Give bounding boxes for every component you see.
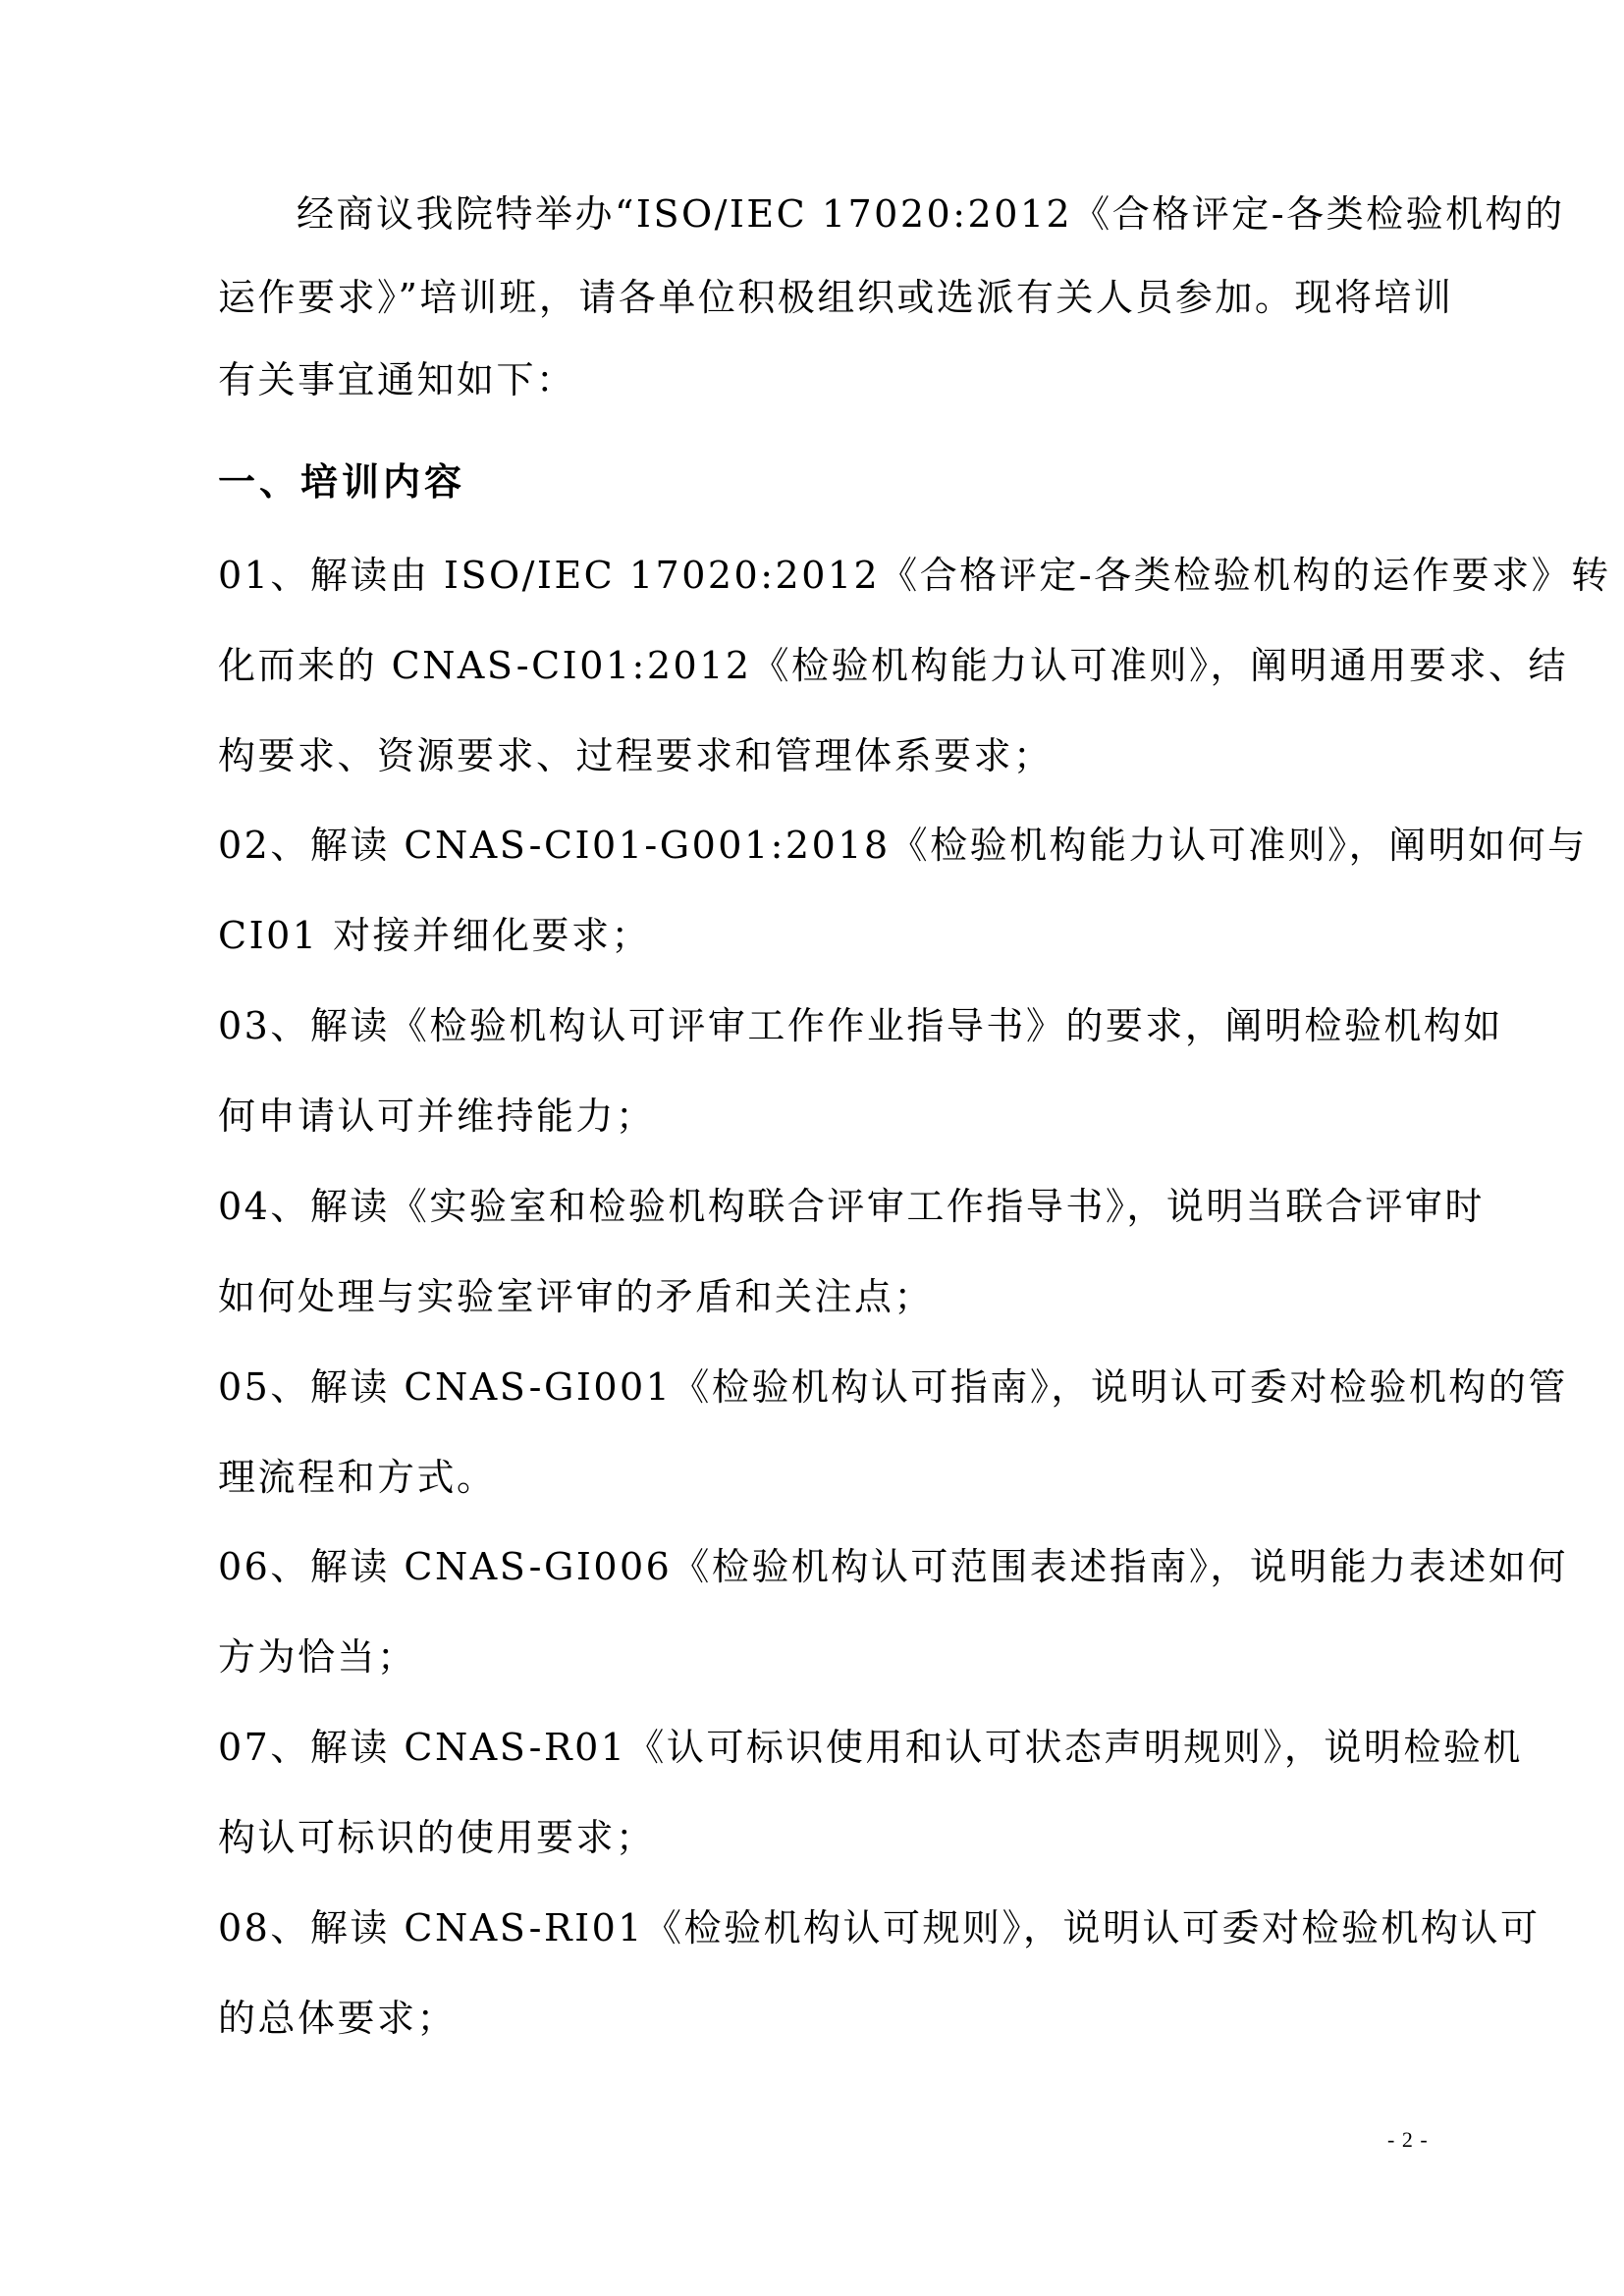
intro-line-2: 运作要求》”培训班，请各单位积极组织或选派有关人员参加。现将培训 — [218, 273, 1453, 322]
item-02-line-1: 02、解读 CNAS-CI01-G001:2018《检验机构能力认可准则》，阐明… — [218, 821, 1588, 870]
item-01-line-3: 构要求、资源要求、过程要求和管理体系要求； — [218, 731, 1054, 780]
item-04-line-1: 04、解读《实验室和检验机构联合评审工作指导书》，说明当联合评审时 — [218, 1182, 1485, 1231]
section-heading: 一、培训内容 — [218, 457, 465, 507]
item-07-line-1: 07、解读 CNAS-R01《认可标识使用和认可状态声明规则》，说明检验机 — [218, 1723, 1523, 1772]
item-06-line-1: 06、解读 CNAS-GI006《检验机构认可范围表述指南》，说明能力表述如何 — [218, 1542, 1568, 1591]
item-08-line-1: 08、解读 CNAS-RI01《检验机构认可规则》，说明认可委对检验机构认可 — [218, 1903, 1540, 1952]
item-05-line-2: 理流程和方式。 — [218, 1453, 497, 1502]
item-08-line-2: 的总体要求； — [218, 1994, 457, 2043]
item-01-line-1: 01、解读由 ISO/IEC 17020:2012《合格评定-各类检验机构的运作… — [218, 551, 1611, 600]
intro-line-3: 有关事宜通知如下： — [218, 355, 576, 404]
item-07-line-2: 构认可标识的使用要求； — [218, 1813, 656, 1862]
item-05-line-1: 05、解读 CNAS-GI001《检验机构认可指南》，说明认可委对检验机构的管 — [218, 1362, 1568, 1412]
intro-line-1: 经商议我院特举办“ISO/IEC 17020:2012《合格评定-各类检验机构的 — [297, 189, 1565, 239]
page-number: - 2 - — [1387, 2126, 1429, 2154]
item-02-line-2: CI01 对接并细化要求； — [218, 911, 651, 960]
item-03-line-2: 何申请认可并维持能力； — [218, 1092, 656, 1141]
item-03-line-1: 03、解读《检验机构认可评审工作作业指导书》的要求，阐明检验机构如 — [218, 1001, 1503, 1050]
item-04-line-2: 如何处理与实验室评审的矛盾和关注点； — [218, 1272, 934, 1321]
item-01-line-2: 化而来的 CNAS-CI01:2012《检验机构能力认可准则》，阐明通用要求、结 — [218, 641, 1568, 690]
item-06-line-2: 方为恰当； — [218, 1632, 417, 1682]
